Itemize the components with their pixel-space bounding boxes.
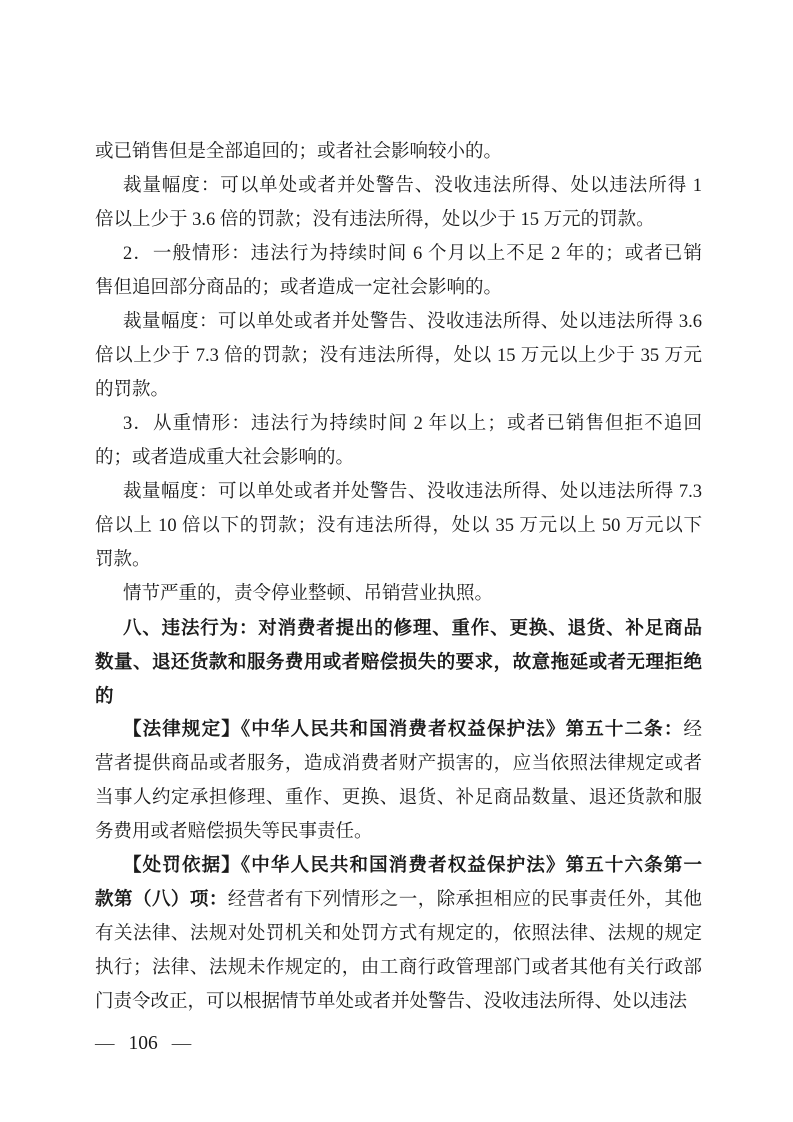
emphasis-text: 的	[95, 685, 114, 706]
text-line: 裁量幅度：可以单处或者并处警告、没收违法所得、处以违法所得 3.6	[95, 305, 702, 339]
text-line: 倍以上少于 7.3 倍的罚款；没有违法所得，处以 15 万元以上少于 35 万元	[95, 339, 702, 373]
text-line: 裁量幅度：可以单处或者并处警告、没收违法所得、处以违法所得 7.3	[95, 475, 702, 509]
page-footer: —106—	[95, 1031, 191, 1057]
text-line: 当事人约定承担修理、重作、更换、退货、补足商品数量、退还货款和服	[95, 781, 702, 815]
body-text: 倍以上少于 7.3 倍的罚款；没有违法所得，处以 15 万元以上少于 35 万元	[95, 346, 702, 366]
heading-violation-8: 八、违法行为：对消费者提出的修理、重作、更换、退货、补足商品数量、退还货款和服务…	[95, 611, 702, 713]
body-text: 经营者有下列情形之一，除承担相应的民事责任外，其他	[228, 890, 702, 910]
para-discretion-range-minor: 裁量幅度：可以单处或者并处警告、没收违法所得、处以违法所得 1倍以上少于 3.6…	[95, 169, 702, 237]
document-body: 或已销售但是全部追回的；或者社会影响较小的。裁量幅度：可以单处或者并处警告、没收…	[95, 135, 702, 1019]
body-text: 裁量幅度：可以单处或者并处警告、没收违法所得、处以违法所得 7.3	[123, 482, 702, 502]
body-text: 裁量幅度：可以单处或者并处警告、没收违法所得、处以违法所得 3.6	[123, 312, 702, 332]
para-serious-consequence: 情节严重的，责令停业整顿、吊销营业执照。	[95, 577, 702, 611]
body-text: 裁量幅度：可以单处或者并处警告、没收违法所得、处以违法所得 1	[123, 176, 702, 196]
text-line: 罚款。	[95, 543, 702, 577]
text-line: 有关法律、法规对处罚机关和处罚方式有规定的，依照法律、法规的规定	[95, 917, 702, 951]
body-text: 罚款。	[95, 550, 151, 570]
emphasis-text: 款第（八）项：	[95, 890, 228, 910]
para-legal-provision: 【法律规定】《中华人民共和国消费者权益保护法》第五十二条：经营者提供商品或者服务…	[95, 713, 702, 849]
body-text: 2．一般情形：违法行为持续时间 6 个月以上不足 2 年的；或者已销	[123, 244, 702, 264]
para-discretion-range-general: 裁量幅度：可以单处或者并处警告、没收违法所得、处以违法所得 3.6倍以上少于 7…	[95, 305, 702, 407]
emphasis-text: 数量、退还货款和服务费用或者赔偿损失的要求，故意拖延或者无理拒绝	[95, 651, 702, 672]
body-text: 3．从重情形：违法行为持续时间 2 年以上；或者已销售但拒不追回	[123, 414, 702, 434]
document-page: 或已销售但是全部追回的；或者社会影响较小的。裁量幅度：可以单处或者并处警告、没收…	[0, 0, 793, 1122]
text-line: 的	[95, 679, 702, 713]
body-text: 倍以上 10 倍以下的罚款；没有违法所得，处以 35 万元以上 50 万元以下	[95, 516, 702, 536]
text-line: 裁量幅度：可以单处或者并处警告、没收违法所得、处以违法所得 1	[95, 169, 702, 203]
text-line: 的；或者造成重大社会影响的。	[95, 441, 702, 475]
body-text: 经	[683, 720, 702, 740]
para-general-circumstance: 2．一般情形：违法行为持续时间 6 个月以上不足 2 年的；或者已销售但追回部分…	[95, 237, 702, 305]
text-line: 售但追回部分商品的；或者造成一定社会影响的。	[95, 271, 702, 305]
body-text: 或已销售但是全部追回的；或者社会影响较小的。	[95, 142, 502, 162]
text-line: 务费用或者赔偿损失等民事责任。	[95, 815, 702, 849]
body-text: 务费用或者赔偿损失等民事责任。	[95, 822, 373, 842]
body-text: 的；或者造成重大社会影响的。	[95, 448, 354, 468]
text-line: 或已销售但是全部追回的；或者社会影响较小的。	[95, 135, 702, 169]
body-text: 执行；法律、法规未作规定的，由工商行政管理部门或者其他有关行政部	[95, 958, 702, 978]
text-line: 【法律规定】《中华人民共和国消费者权益保护法》第五十二条：经	[95, 713, 702, 747]
text-line: 情节严重的，责令停业整顿、吊销营业执照。	[95, 577, 702, 611]
footer-dash-right: —	[172, 1033, 192, 1054]
footer-dash-left: —	[95, 1033, 115, 1054]
body-text: 营者提供商品或者服务，造成消费者财产损害的，应当依照法律规定或者	[95, 754, 702, 774]
text-line: 营者提供商品或者服务，造成消费者财产损害的，应当依照法律规定或者	[95, 747, 702, 781]
para-penalty-basis: 【处罚依据】《中华人民共和国消费者权益保护法》第五十六条第一款第（八）项：经营者…	[95, 849, 702, 1019]
body-text: 售但追回部分商品的；或者造成一定社会影响的。	[95, 278, 502, 298]
text-line: 门责令改正，可以根据情节单处或者并处警告、没收违法所得、处以违法	[95, 985, 702, 1019]
text-line: 的罚款。	[95, 373, 702, 407]
body-text: 情节严重的，责令停业整顿、吊销营业执照。	[123, 584, 493, 604]
para-aggravated-circumstance: 3．从重情形：违法行为持续时间 2 年以上；或者已销售但拒不追回的；或者造成重大…	[95, 407, 702, 475]
text-line: 倍以上少于 3.6 倍的罚款；没有违法所得，处以少于 15 万元的罚款。	[95, 203, 702, 237]
text-line: 执行；法律、法规未作规定的，由工商行政管理部门或者其他有关行政部	[95, 951, 702, 985]
emphasis-text: 八、违法行为：对消费者提出的修理、重作、更换、退货、补足商品	[123, 617, 702, 638]
page-number: 106	[129, 1033, 158, 1054]
body-text: 的罚款。	[95, 380, 169, 400]
para-prior-clause-tail: 或已销售但是全部追回的；或者社会影响较小的。	[95, 135, 702, 169]
text-line: 数量、退还货款和服务费用或者赔偿损失的要求，故意拖延或者无理拒绝	[95, 645, 702, 679]
para-discretion-range-aggravated: 裁量幅度：可以单处或者并处警告、没收违法所得、处以违法所得 7.3倍以上 10 …	[95, 475, 702, 577]
body-text: 有关法律、法规对处罚机关和处罚方式有规定的，依照法律、法规的规定	[95, 924, 702, 944]
text-line: 2．一般情形：违法行为持续时间 6 个月以上不足 2 年的；或者已销	[95, 237, 702, 271]
body-text: 倍以上少于 3.6 倍的罚款；没有违法所得，处以少于 15 万元的罚款。	[95, 210, 655, 230]
body-text: 当事人约定承担修理、重作、更换、退货、补足商品数量、退还货款和服	[95, 788, 702, 808]
text-line: 八、违法行为：对消费者提出的修理、重作、更换、退货、补足商品	[95, 611, 702, 645]
text-line: 款第（八）项：经营者有下列情形之一，除承担相应的民事责任外，其他	[95, 883, 702, 917]
text-line: 倍以上 10 倍以下的罚款；没有违法所得，处以 35 万元以上 50 万元以下	[95, 509, 702, 543]
emphasis-text: 【处罚依据】《中华人民共和国消费者权益保护法》第五十六条第一	[123, 856, 702, 876]
body-text: 门责令改正，可以根据情节单处或者并处警告、没收违法所得、处以违法	[95, 992, 687, 1012]
text-line: 3．从重情形：违法行为持续时间 2 年以上；或者已销售但拒不追回	[95, 407, 702, 441]
text-line: 【处罚依据】《中华人民共和国消费者权益保护法》第五十六条第一	[95, 849, 702, 883]
emphasis-text: 【法律规定】《中华人民共和国消费者权益保护法》第五十二条：	[123, 720, 683, 740]
